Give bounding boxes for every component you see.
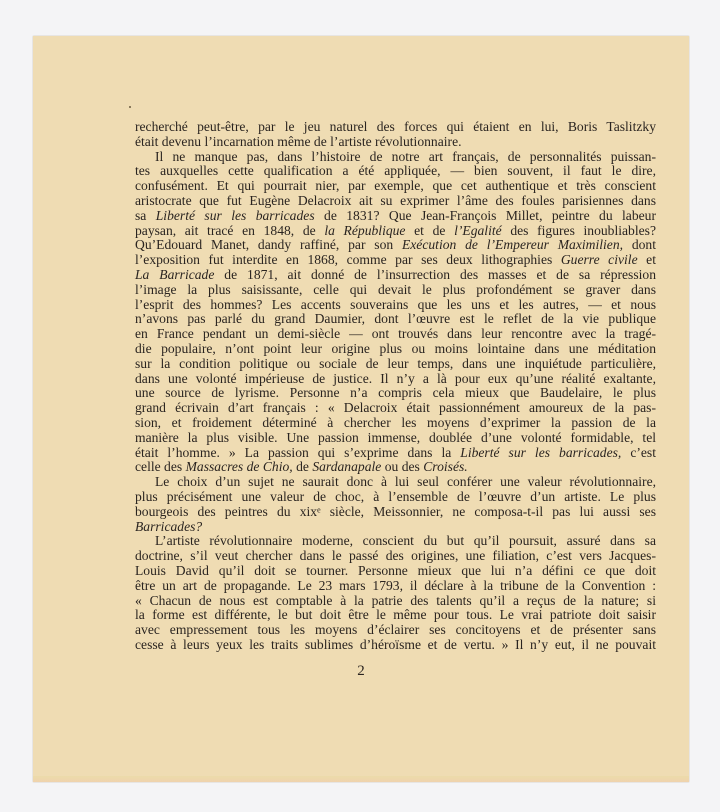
page-number: 2 <box>346 663 376 680</box>
text-line: recherché peut-être, par le jeu naturel … <box>135 120 656 135</box>
text-line: être un art de propagande. Le 23 mars 17… <box>135 579 656 594</box>
text-segment: « Chacun de nous est comptable à la patr… <box>135 593 656 608</box>
text-segment: être un art de propagande. Le 23 mars 17… <box>135 578 656 593</box>
text-segment: cesse à leurs yeux les traits sublimes d… <box>135 637 656 652</box>
text-line: die populaire, n’ont point leur origine … <box>135 342 656 357</box>
text-line: bourgeois des peintres du xixᵉ siècle, M… <box>135 505 656 520</box>
text-segment: l’image la plus saisissante, celle qui d… <box>135 282 656 297</box>
text-line: celle des Massacres de Chio, de Sardanap… <box>135 460 656 475</box>
text-line: manière la plus visible. Une passion imm… <box>135 431 656 446</box>
text-segment: aristocrate que fut Eugène Delacroix ait… <box>135 193 656 208</box>
text-segment: recherché peut-être, par le jeu naturel … <box>135 119 656 134</box>
italic-title: La Barricade <box>135 267 214 282</box>
text-line: aristocrate que fut Eugène Delacroix ait… <box>135 194 656 209</box>
text-line: grand écrivain d’art français : « Delacr… <box>135 401 656 416</box>
text-segment: sur la condition politique ou sociale de… <box>135 356 656 371</box>
italic-title: la République <box>324 223 405 238</box>
italic-title: l’Egalité <box>454 223 502 238</box>
text-line: en France pendant un demi-siècle — ont t… <box>135 327 656 342</box>
text-line: Barricades? <box>135 520 656 535</box>
text-segment: Il ne manque pas, dans l’histoire de not… <box>155 149 656 164</box>
text-segment: était l’homme. » La passion qui s’exprim… <box>135 445 460 460</box>
text-line: sion, et froidement déterminé à chercher… <box>135 416 656 431</box>
text-line: Louis David qu’il doit se tourner. Perso… <box>135 564 656 579</box>
text-line: La Barricade de 1871, ait donné de l’ins… <box>135 268 656 283</box>
text-line: plus précisément une valeur de choc, à l… <box>135 490 656 505</box>
text-segment: de <box>293 459 313 474</box>
text-segment: une source de lyrisme. Personne n’a comp… <box>135 385 656 400</box>
text-line: l’image la plus saisissante, celle qui d… <box>135 283 656 298</box>
italic-title: Guerre civile <box>561 252 638 267</box>
italic-title: Sardanapale <box>312 459 381 474</box>
text-line: « Chacun de nous est comptable à la patr… <box>135 594 656 609</box>
text-line: doctrine, s’il veut chercher dans le pas… <box>135 549 656 564</box>
text-line: cesse à leurs yeux les traits sublimes d… <box>135 638 656 653</box>
text-line: Il ne manque pas, dans l’histoire de not… <box>135 150 656 165</box>
text-segment: et <box>638 252 656 267</box>
text-segment: de 1871, ait donné de l’insurrection des… <box>214 267 656 282</box>
text-segment: la forme est différente, le but doit êtr… <box>135 607 656 622</box>
text-segment: des figures inoubliables? <box>502 223 656 238</box>
text-segment: L’artiste révolutionnaire moderne, consc… <box>155 533 656 548</box>
text-segment: ou des <box>381 459 423 474</box>
text-segment: confusément. Et qui pourrait nier, par e… <box>135 178 656 193</box>
text-line: l’esprit des hommes? Les accents souvera… <box>135 298 656 313</box>
text-segment: en France pendant un demi-siècle — ont t… <box>135 326 656 341</box>
text-line: confusément. Et qui pourrait nier, par e… <box>135 179 656 194</box>
italic-title: Exécution de l’Empereur Maximilien, <box>402 237 623 252</box>
text-line: l’exposition fut interdite en 1868, comm… <box>135 253 656 268</box>
body-text: recherché peut-être, par le jeu naturel … <box>135 120 656 653</box>
text-line: n’avons pas parlé du grand Daumier, dont… <box>135 312 656 327</box>
text-line: dans une volonté impérieuse de justice. … <box>135 372 656 387</box>
text-line: Le choix d’un sujet ne saurait donc à lu… <box>135 475 656 490</box>
text-line: une source de lyrisme. Personne n’a comp… <box>135 386 656 401</box>
text-line: avec empressement tous les moyens d’écla… <box>135 623 656 638</box>
italic-title: Liberté sur les barricades <box>156 208 315 223</box>
text-line: était devenu l’incarnation même de l’art… <box>135 135 656 150</box>
text-segment: avec empressement tous les moyens d’écla… <box>135 622 656 637</box>
text-line: sur la condition politique ou sociale de… <box>135 357 656 372</box>
italic-title: Croisés. <box>423 459 467 474</box>
text-segment: Le choix d’un sujet ne saurait donc à lu… <box>155 474 656 489</box>
text-segment: de 1831? Que Jean-François Millet, peint… <box>315 208 656 223</box>
text-segment: sion, et froidement déterminé à chercher… <box>135 415 656 430</box>
text-line: tes auxquelles cette qualification a été… <box>135 164 656 179</box>
text-line: la forme est différente, le but doit êtr… <box>135 608 656 623</box>
text-segment: grand écrivain d’art français : « Delacr… <box>135 400 656 415</box>
margin-mark <box>129 106 131 108</box>
text-segment: Louis David qu’il doit se tourner. Perso… <box>135 563 656 578</box>
text-segment: l’exposition fut interdite en 1868, comm… <box>135 252 561 267</box>
text-line: était l’homme. » La passion qui s’exprim… <box>135 446 656 461</box>
text-segment: doctrine, s’il veut chercher dans le pas… <box>135 548 656 563</box>
italic-title: Liberté sur les barricades, <box>460 445 621 460</box>
text-segment: l’esprit des hommes? Les accents souvera… <box>135 297 656 312</box>
text-segment: était devenu l’incarnation même de l’art… <box>135 134 462 149</box>
text-segment: bourgeois des peintres du xixᵉ siècle, M… <box>135 504 656 519</box>
text-segment: et de <box>405 223 454 238</box>
text-line: sa Liberté sur les barricades de 1831? Q… <box>135 209 656 224</box>
document-page: recherché peut-être, par le jeu naturel … <box>33 36 689 782</box>
text-segment: n’avons pas parlé du grand Daumier, dont… <box>135 311 656 326</box>
italic-title: Barricades? <box>135 519 202 534</box>
text-segment: tes auxquelles cette qualification a été… <box>135 163 656 178</box>
text-segment: plus précisément une valeur de choc, à l… <box>135 489 656 504</box>
text-line: L’artiste révolutionnaire moderne, consc… <box>135 534 656 549</box>
text-segment: c’est <box>621 445 656 460</box>
text-line: paysan, ait tracé en 1848, de la Républi… <box>135 224 656 239</box>
text-segment: sa <box>135 208 156 223</box>
text-segment: dont <box>623 237 656 252</box>
text-line: Qu’Edouard Manet, dandy raffiné, par son… <box>135 238 656 253</box>
text-segment: manière la plus visible. Une passion imm… <box>135 430 656 445</box>
text-segment: Qu’Edouard Manet, dandy raffiné, par son <box>135 237 402 252</box>
italic-title: Massacres de Chio, <box>186 459 293 474</box>
text-segment: die populaire, n’ont point leur origine … <box>135 341 656 356</box>
text-segment: paysan, ait tracé en 1848, de <box>135 223 324 238</box>
text-segment: celle des <box>135 459 186 474</box>
text-segment: dans une volonté impérieuse de justice. … <box>135 371 656 386</box>
